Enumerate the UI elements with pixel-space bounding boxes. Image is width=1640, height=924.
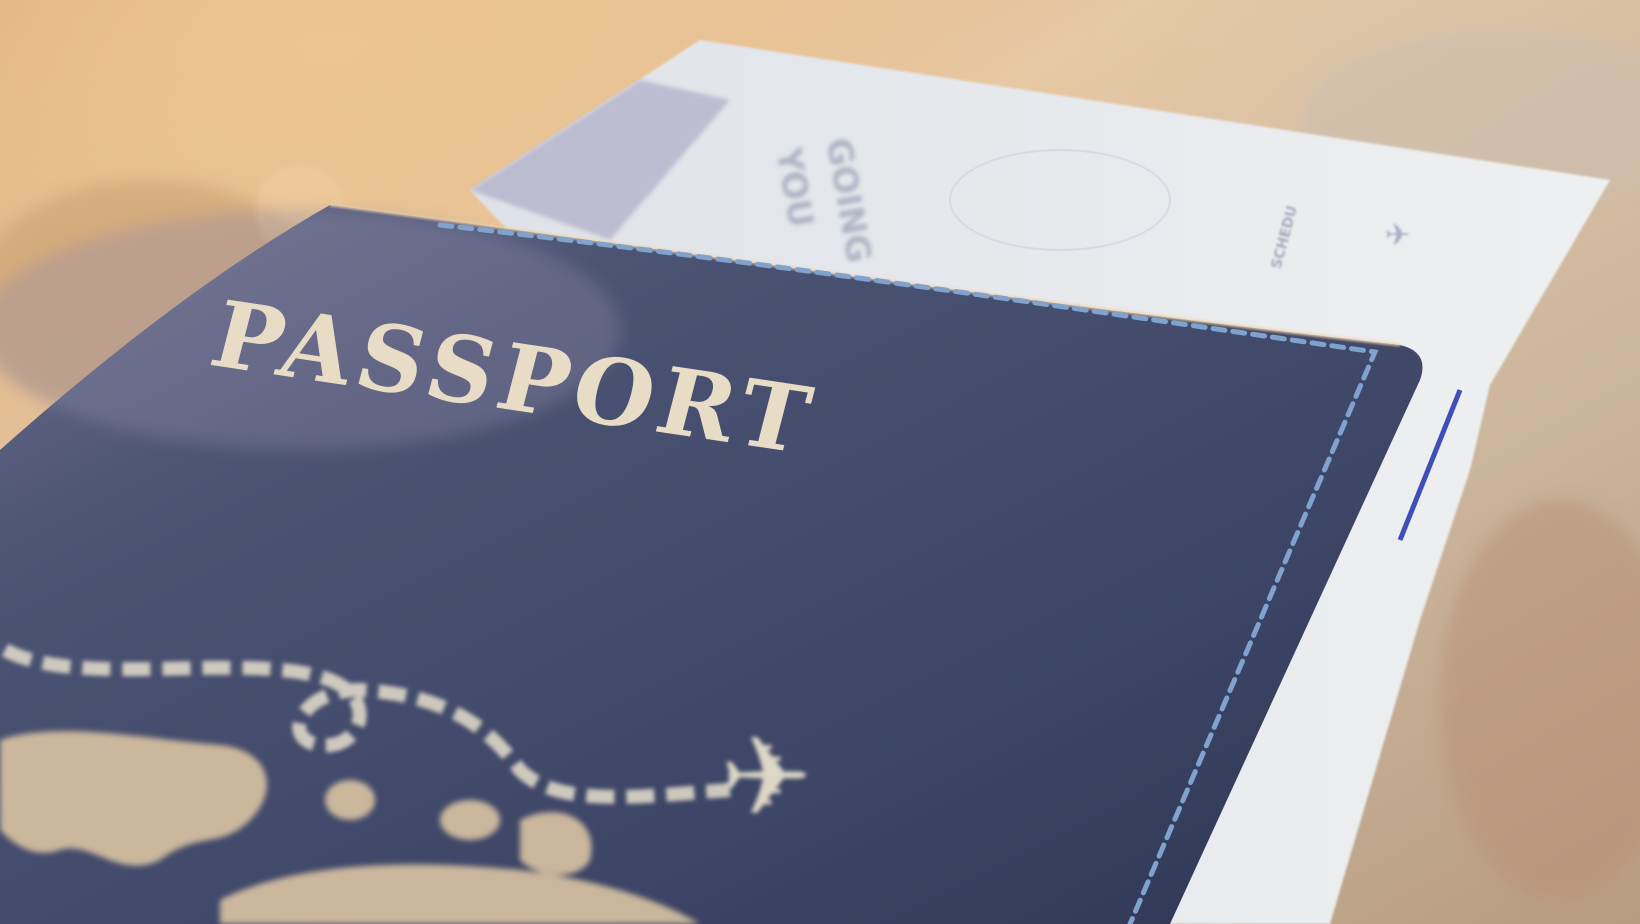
plane-icon: ✈ [1385, 218, 1410, 253]
passport-photo: YOU GOING SCHEDU ✈ PASSPORT ✈ [0, 0, 1640, 924]
photo-canvas: YOU GOING SCHEDU ✈ PASSPORT ✈ [0, 0, 1640, 924]
airplane-icon: ✈ [720, 713, 812, 841]
